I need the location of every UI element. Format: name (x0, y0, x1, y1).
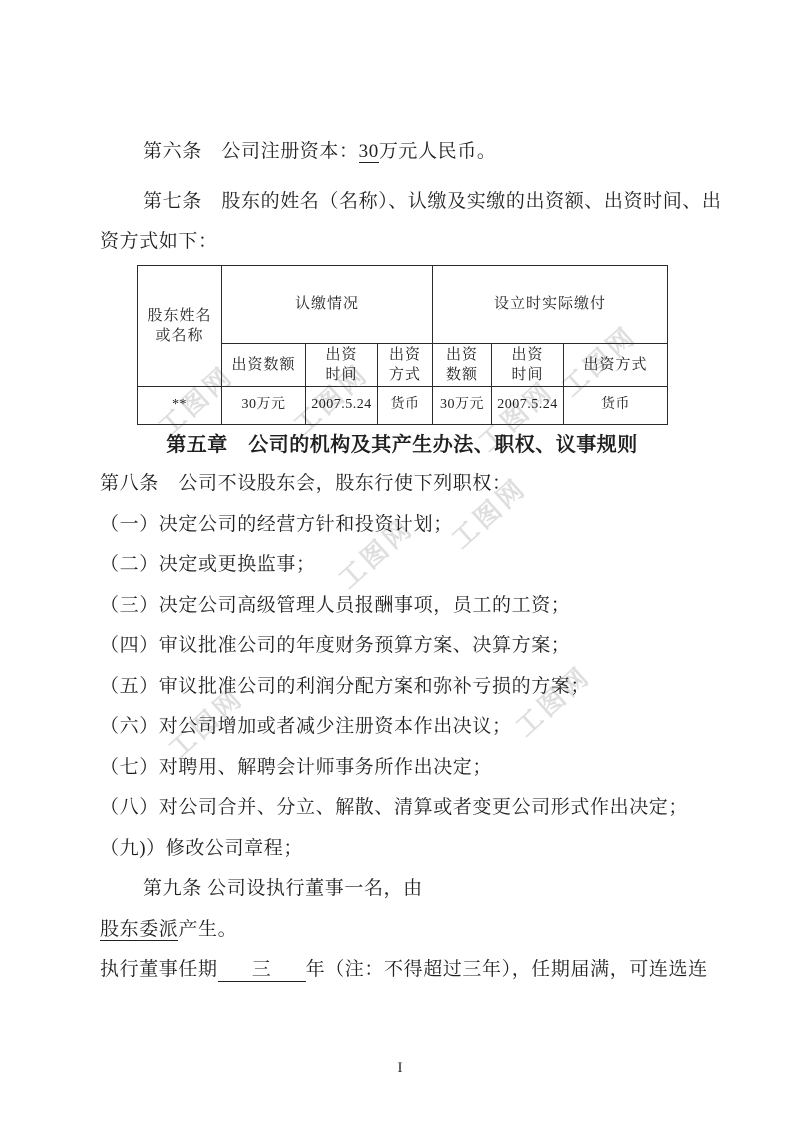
article-9-clause: 第九条 公司设执行董事一名，由 (100, 869, 704, 910)
article-7-clause-line2: 资方式如下： (100, 222, 704, 263)
list-item-9: （九)）修改公司章程； (100, 829, 704, 870)
list-item-6: （六）对公司增加或者减少注册资本作出决议； (100, 707, 704, 748)
article-6-text: 第六条 公司注册资本： (143, 141, 359, 162)
col-header-shareholder-name: 股东姓名 或名称 (138, 265, 222, 387)
list-item-8: （八）对公司合并、分立、解散、清算或者变更公司形式作出决定； (100, 788, 704, 829)
list-item-2: （二）决定或更换监事； (100, 545, 704, 586)
article-8-clause: 第八条 公司不设股东会，股东行使下列职权： (100, 464, 704, 505)
col-header-amount-1: 出资数额 (222, 343, 306, 387)
article-7-clause-line1: 第七条 股东的姓名（名称）、认缴及实缴的出资额、出资时间、出 (100, 182, 704, 223)
registered-capital-value: 30 (359, 141, 379, 163)
cell-time-2: 2007.5.24 (492, 387, 564, 425)
list-item-5: （五）审议批准公司的利润分配方案和弥补亏损的方案； (100, 667, 704, 708)
term-pre: 执行董事任期 (100, 959, 218, 980)
page-number: I (0, 1058, 800, 1078)
cell-method-2: 货币 (564, 387, 668, 425)
document-page: 工图网 工图网 工图网 工图网 工图网 工图网 工图网 工图网 第六条 公司注册… (0, 0, 800, 1132)
list-item-7: （七）对聘用、解聘会计师事务所作出决定； (100, 748, 704, 789)
term-years-underlined: 三 (218, 958, 306, 982)
article-6-clause: 第六条 公司注册资本：30万元人民币。 (100, 132, 704, 173)
col-group-subscribed: 认缴情况 (222, 265, 433, 343)
chapter-5-heading: 第五章 公司的机构及其产生办法、职权、议事规则 (100, 431, 704, 459)
col-header-method-1: 出资 方式 (378, 343, 433, 387)
list-item-4: （四）审议批准公司的年度财务预算方案、决算方案； (100, 626, 704, 667)
cell-time-1: 2007.5.24 (306, 387, 378, 425)
cell-shareholder: ** (138, 387, 222, 425)
article-6-tail: 万元人民币。 (379, 141, 497, 162)
term-line: 执行董事任期三年（注：不得超过三年），任期届满，可连选连 (100, 950, 704, 991)
col-header-method-2: 出资方式 (564, 343, 668, 387)
col-header-amount-2: 出资 数额 (433, 343, 492, 387)
list-item-3: （三）决定公司高级管理人员报酬事项，员工的工资； (100, 586, 704, 627)
capital-contribution-table: 股东姓名 或名称 认缴情况 设立时实际缴付 出资数额 出资 时间 出资 方式 出… (137, 265, 668, 426)
cell-method-1: 货币 (378, 387, 433, 425)
cell-amount-2: 30万元 (433, 387, 492, 425)
document-body: 第六条 公司注册资本：30万元人民币。 第七条 股东的姓名（名称）、认缴及实缴的… (100, 0, 704, 991)
table-row: ** 30万元 2007.5.24 货币 30万元 2007.5.24 货币 (138, 387, 668, 425)
appointment-line: 股东委派产生。 (100, 910, 704, 951)
col-header-time-2: 出资 时间 (492, 343, 564, 387)
appointment-tail: 产生。 (178, 919, 237, 940)
table-header-row-1: 股东姓名 或名称 认缴情况 设立时实际缴付 (138, 265, 668, 343)
col-group-paid-at-establishment: 设立时实际缴付 (433, 265, 668, 343)
col-header-time-1: 出资 时间 (306, 343, 378, 387)
cell-amount-1: 30万元 (222, 387, 306, 425)
list-item-1: （一）决定公司的经营方针和投资计划； (100, 505, 704, 546)
appointment-method-underlined: 股东委派 (100, 919, 178, 941)
term-tail: 年（注：不得超过三年），任期届满，可连选连 (306, 959, 708, 980)
